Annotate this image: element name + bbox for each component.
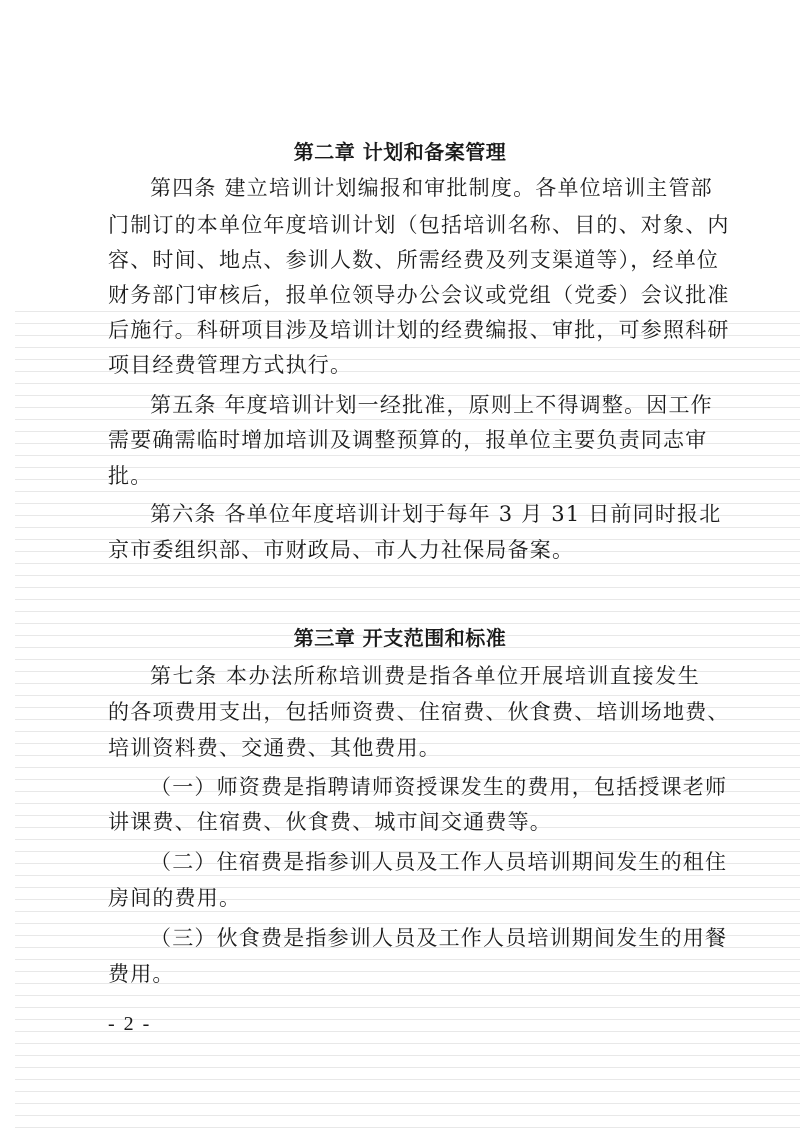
chapter-2-heading: 第二章 计划和备案管理 xyxy=(100,137,700,167)
chapter-3-heading: 第三章 开支范围和标准 xyxy=(100,623,700,653)
article-7-line-1: 第七条 本办法所称培训费是指各单位开展培训直接发生 xyxy=(150,661,700,691)
article-4-line-6: 项目经费管理方式执行。 xyxy=(108,350,700,380)
item-1-line-1: （一）师资费是指聘请师资授课发生的费用，包括授课老师 xyxy=(150,772,700,802)
article-4-line-3: 容、时间、地点、参训人数、所需经费及列支渠道等），经单位 xyxy=(108,245,700,275)
item-2-line-2: 房间的费用。 xyxy=(108,883,700,913)
page-number: - 2 - xyxy=(108,1012,151,1036)
article-4-line-2: 门制订的本单位年度培训计划（包括培训名称、目的、对象、内 xyxy=(108,210,700,240)
item-3-line-2: 费用。 xyxy=(108,959,700,989)
item-1-line-2: 讲课费、住宿费、伙食费、城市间交通费等。 xyxy=(108,807,700,837)
article-5-line-3: 批。 xyxy=(108,461,700,491)
item-2-line-1: （二）住宿费是指参训人员及工作人员培训期间发生的租住 xyxy=(150,847,700,877)
article-4-line-1: 第四条 建立培训计划编报和审批制度。各单位培训主管部 xyxy=(150,173,700,203)
article-7-line-2: 的各项费用支出，包括师资费、住宿费、伙食费、培训场地费、 xyxy=(108,697,700,727)
item-3-line-1: （三）伙食费是指参训人员及工作人员培训期间发生的用餐 xyxy=(150,923,700,953)
article-5-line-1: 第五条 年度培训计划一经批准，原则上不得调整。因工作 xyxy=(150,390,700,420)
article-6-line-2: 京市委组织部、市财政局、市人力社保局备案。 xyxy=(108,535,700,565)
article-5-line-2: 需要确需临时增加培训及调整预算的，报单位主要负责同志审 xyxy=(108,425,700,455)
document-page: 第二章 计划和备案管理 第四条 建立培训计划编报和审批制度。各单位培训主管部 门… xyxy=(0,0,800,1131)
article-4-line-4: 财务部门审核后，报单位领导办公会议或党组（党委）会议批准 xyxy=(108,280,700,310)
article-6-line-1: 第六条 各单位年度培训计划于每年 3 月 31 日前同时报北 xyxy=(150,499,700,529)
article-4-line-5: 后施行。科研项目涉及培训计划的经费编报、审批，可参照科研 xyxy=(108,315,700,345)
article-7-line-3: 培训资料费、交通费、其他费用。 xyxy=(108,733,700,763)
